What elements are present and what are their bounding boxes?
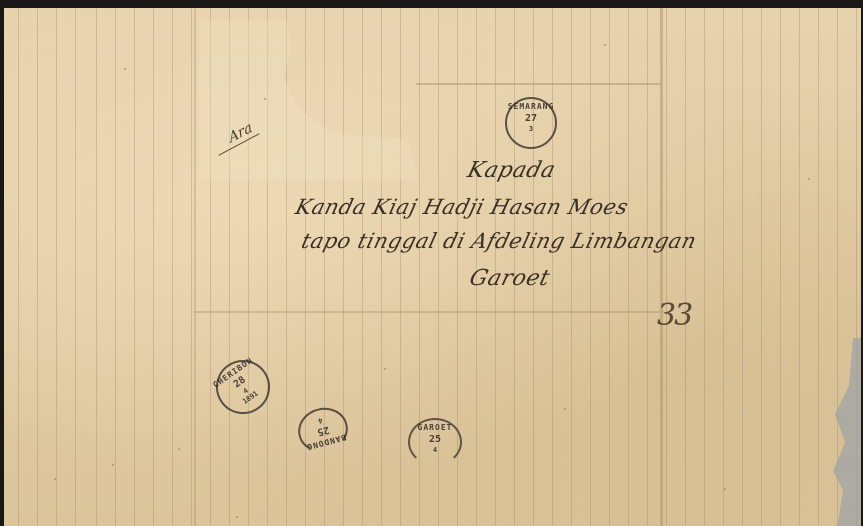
pencil-mark: 33 — [657, 298, 691, 333]
postmark-city: SEMARANG — [507, 102, 555, 111]
speck — [384, 368, 386, 370]
postmark-month: 3 — [507, 125, 555, 133]
speck — [236, 516, 238, 518]
fold-line-horizontal — [194, 311, 664, 313]
speck — [112, 464, 114, 466]
speck — [124, 68, 126, 70]
fold-line-top — [416, 83, 661, 85]
fold-line-left — [194, 8, 196, 526]
postmark-day: 27 — [507, 113, 555, 124]
speck — [724, 488, 726, 490]
postmark-garoet: GAROET 25 4 — [408, 418, 462, 466]
postmark-semarang: SEMARANG 27 3 — [505, 97, 557, 149]
speck — [178, 448, 180, 450]
postmark-city: GAROET — [410, 423, 460, 432]
speck — [808, 178, 810, 180]
speck — [54, 478, 56, 480]
address-line-3: Garoet — [467, 266, 553, 291]
speck — [564, 408, 566, 410]
postmark-day: 25 — [410, 434, 460, 445]
speck — [604, 44, 606, 46]
address-line-2: tapo tinggal di Afdeling Limbangan — [299, 229, 699, 253]
address-salutation: Kapada — [465, 158, 558, 183]
fold-line-right — [660, 8, 663, 526]
speck — [264, 98, 266, 100]
postmark-month: 4 — [410, 446, 460, 454]
address-line-1: Kanda Kiaj Hadji Hasan Moes — [293, 195, 631, 219]
